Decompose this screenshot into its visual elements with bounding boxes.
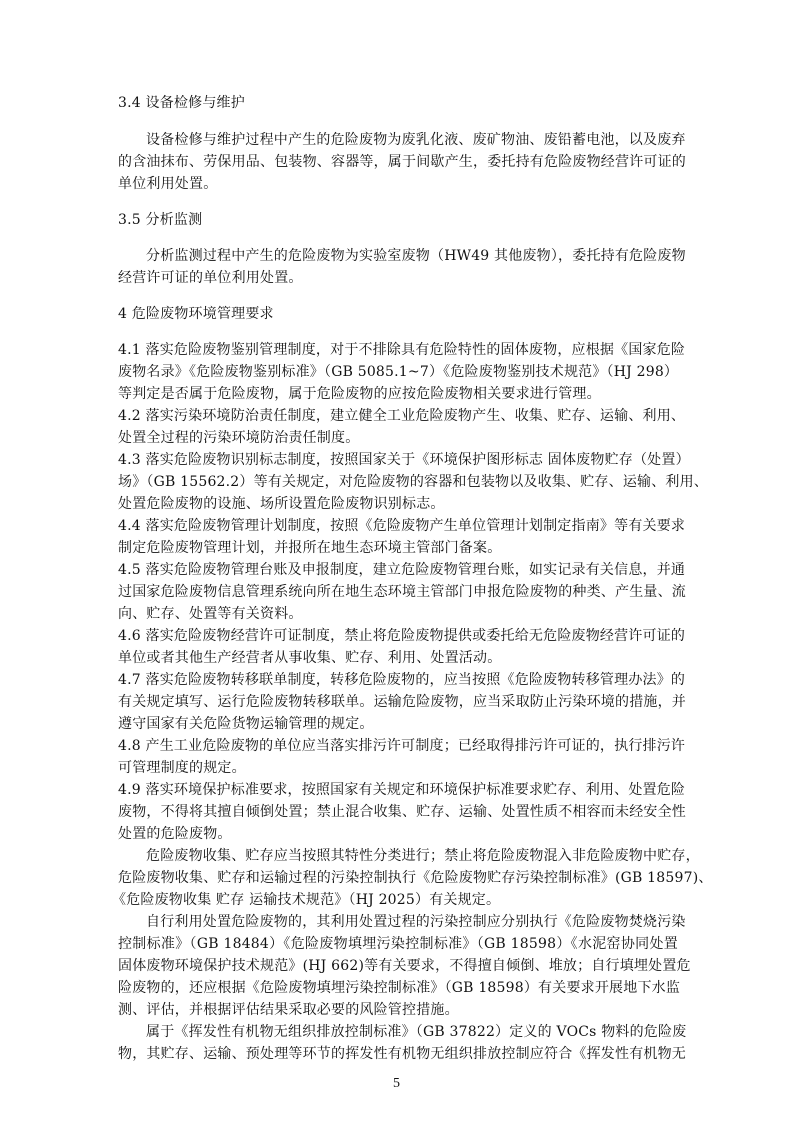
item-4-1-line: 等判定是否属于危险废物，属于危险废物的应按危险废物相关要求进行管理。 [118, 385, 678, 403]
item-4-5-line: 过国家危险废物信息管理系统向所在地生态环境主管部门申报危险废物的种类、产生量、流 [118, 583, 678, 601]
paragraph-line: 危险废物收集、贮存应当按照其特性分类进行；禁止将危险废物混入非危险废物中贮存， [146, 847, 678, 865]
section-heading-4: 4 危险废物环境管理要求 [118, 305, 678, 323]
item-4-6-line: 单位或者其他生产经营者从事收集、贮存、利用、处置活动。 [118, 649, 678, 667]
paragraph-line: 物，其贮存、运输、预处理等环节的挥发性有机物无组织排放控制应符合《挥发性有机物无 [118, 1045, 678, 1063]
section-heading-3-4: 3.4 设备检修与维护 [118, 94, 678, 112]
paragraph-line: 经营许可证的单位利用处置。 [118, 269, 678, 287]
item-4-9-line: 4.9 落实环境保护标准要求，按照国家有关规定和环境保护标准要求贮存、利用、处置… [118, 781, 678, 799]
item-4-5-line: 向、贮存、处置等有关资料。 [118, 605, 678, 623]
item-4-7-line: 有关规定填写、运行危险废物转移联单。运输危险废物，应当采取防止污染环境的措施，并 [118, 693, 678, 711]
paragraph-line: 的含油抹布、劳保用品、包装物、容器等，属于间歇产生，委托持有危险废物经营许可证的 [118, 153, 678, 171]
paragraph-line: 属于《挥发性有机物无组织排放控制标准》（GB 37822）定义的 VOCs 物料… [146, 1023, 678, 1041]
paragraph-line: 分析监测过程中产生的危险废物为实验室废物（HW49 其他废物），委托持有危险废物 [146, 247, 678, 265]
paragraph-line: 测、评估，并根据评估结果采取必要的风险管控措施。 [118, 1001, 678, 1019]
item-4-3-line: 处置危险废物的设施、场所设置危险废物识别标志。 [118, 495, 678, 513]
paragraph-line: 险废物的，还应根据《危险废物填埋污染控制标准》（GB 18598）有关要求开展地… [118, 979, 678, 997]
paragraph-line: 《危险废物收集 贮存 运输技术规范》（HJ 2025）有关规定。 [112, 891, 672, 909]
item-4-1-line: 废物名录》《危险废物鉴别标准》（GB 5085.1~7）《危险废物鉴别技术规范》… [118, 363, 678, 381]
item-4-2-line: 4.2 落实污染环境防治责任制度，建立健全工业危险废物产生、收集、贮存、运输、利… [118, 407, 678, 425]
item-4-3-line: 4.3 落实危险废物识别标志制度，按照国家关于《环境保护图形标志 固体废物贮存（… [118, 451, 678, 469]
paragraph-line: 自行利用处置危险废物的，其利用处置过程的污染控制应分别执行《危险废物焚烧污染 [146, 913, 678, 931]
item-4-6-line: 4.6 落实危险废物经营许可证制度，禁止将危险废物提供或委托给无危险废物经营许可… [118, 627, 678, 645]
item-4-7-line: 遵守国家有关危险货物运输管理的规定。 [118, 715, 678, 733]
paragraph-line: 固体废物环境保护技术规范》(HJ 662)等有关要求，不得擅自倾倒、堆放；自行填… [118, 957, 678, 975]
item-4-7-line: 4.7 落实危险废物转移联单制度，转移危险废物的，应当按照《危险废物转移管理办法… [118, 671, 678, 689]
section-heading-3-5: 3.5 分析监测 [118, 211, 678, 229]
paragraph-line: 控制标准》（GB 18484）《危险废物填埋污染控制标准》（GB 18598）《… [118, 935, 678, 953]
item-4-4-line: 制定危险废物管理计划，并报所在地生态环境主管部门备案。 [118, 539, 678, 557]
paragraph-line: 危险废物收集、贮存和运输过程的污染控制执行《危险废物贮存污染控制标准》(GB 1… [118, 869, 678, 887]
item-4-2-line: 处置全过程的污染环境防治责任制度。 [118, 429, 678, 447]
item-4-9-line: 废物，不得将其擅自倾倒处置；禁止混合收集、贮存、运输、处置性质不相容而未经安全性 [118, 803, 678, 821]
page-number: 5 [0, 1076, 793, 1092]
item-4-5-line: 4.5 落实危险废物管理台账及申报制度，建立危险废物管理台账，如实记录有关信息，… [118, 561, 678, 579]
item-4-4-line: 4.4 落实危险废物管理计划制度，按照《危险废物产生单位管理计划制定指南》等有关… [118, 517, 678, 535]
item-4-1-line: 4.1 落实危险废物鉴别管理制度，对于不排除具有危险特性的固体废物，应根据《国家… [118, 341, 678, 359]
paragraph-line: 单位利用处置。 [118, 175, 678, 193]
item-4-8-line: 可管理制度的规定。 [118, 759, 678, 777]
document-page: 3.4 设备检修与维护 设备检修与维护过程中产生的危险废物为废乳化液、废矿物油、… [0, 0, 793, 1122]
item-4-9-line: 处置的危险废物。 [118, 825, 678, 843]
paragraph-line: 设备检修与维护过程中产生的危险废物为废乳化液、废矿物油、废铅蓄电池，以及废弃 [146, 131, 678, 149]
item-4-8-line: 4.8 产生工业危险废物的单位应当落实排污许可制度；已经取得排污许可证的，执行排… [118, 737, 678, 755]
item-4-3-line: 场》（GB 15562.2）等有关规定，对危险废物的容器和包装物以及收集、贮存、… [118, 473, 678, 491]
